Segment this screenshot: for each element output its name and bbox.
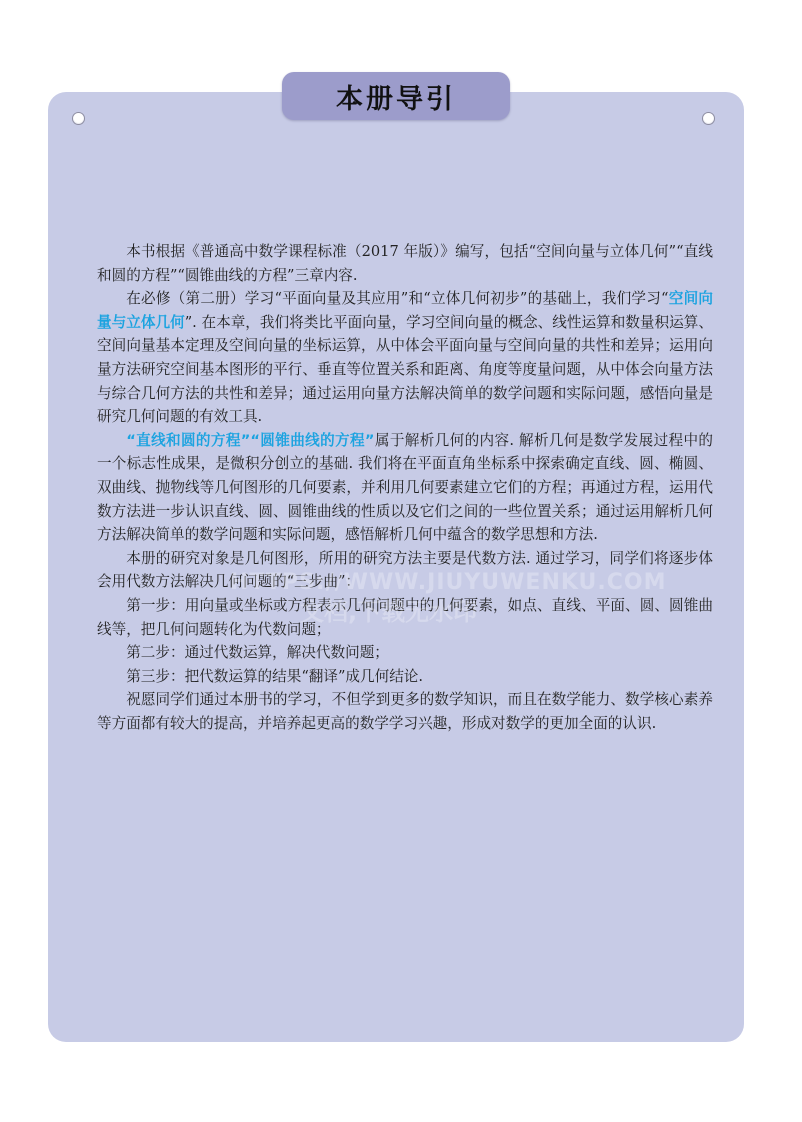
highlight-chapter-title: “直线和圆的方程”“圆锥曲线的方程” <box>126 432 374 449</box>
paragraph-closing: 祝愿同学们通过本册书的学习，不但学到更多的数学知识，而且在数学能力、数学核心素养… <box>97 688 713 735</box>
page-title: 本册导引 <box>336 77 456 116</box>
paragraph-step-3: 第三步：把代数运算的结果“翻译”成几何结论. <box>97 665 713 689</box>
title-tab: 本册导引 <box>282 72 510 120</box>
paragraph-method: 本册的研究对象是几何图形，所用的研究方法主要是代数方法. 通过学习，同学们将逐步… <box>97 547 713 594</box>
paragraph-step-2: 第二步：通过代数运算，解决代数问题； <box>97 641 713 665</box>
binder-hole-right-icon <box>703 113 714 124</box>
paragraph-intro: 本书根据《普通高中数学课程标准（2017 年版）》编写，包括“空间向量与立体几何… <box>97 240 713 287</box>
binder-hole-left-icon <box>73 113 84 124</box>
guide-body: 本书根据《普通高中数学课程标准（2017 年版）》编写，包括“空间向量与立体几何… <box>97 240 713 735</box>
paragraph-chapter-2-3: “直线和圆的方程”“圆锥曲线的方程”属于解析几何的内容. 解析几何是数学发展过程… <box>97 429 713 547</box>
paragraph-step-1: 第一步：用向量或坐标或方程表示几何问题中的几何要素，如点、直线、平面、圆、圆锥曲… <box>97 594 713 641</box>
paragraph-chapter-1: 在必修（第二册）学习“平面向量及其应用”和“立体几何初步”的基础上，我们学习“空… <box>97 287 713 429</box>
